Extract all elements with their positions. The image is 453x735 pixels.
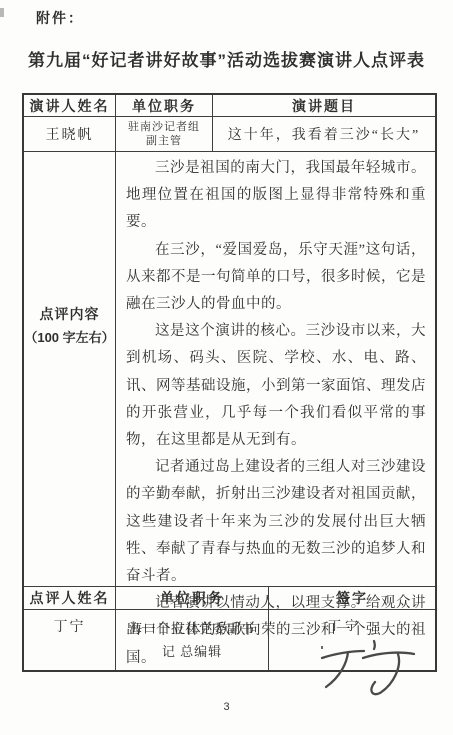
comment-paragraph: 三沙是祖国的南大门，我国最年轻城市。地理位置在祖国的版图上显得非常特殊和重要。 (126, 155, 426, 237)
page-title: 第九届“好记者讲好故事”活动选拔赛演讲人点评表 (0, 46, 453, 71)
comment-paragraph: 在三沙，“爱国爱岛，乐守天涯”这句话，从来都不是一句简单的口号，很多时候，它是融… (126, 237, 426, 319)
speaker-row: 王晓帆 驻南沙记者组 副主管 这十年，我看着三沙“长大” (24, 117, 435, 152)
reviewer-name: 丁宁 (24, 610, 116, 670)
header-reviewer-name: 点评人姓名 (24, 587, 116, 609)
header-reviewer-unit: 单位职务 (116, 587, 269, 609)
attachment-label: 附件： (36, 8, 84, 28)
table-header-row: 演讲人姓名 单位职务 演讲题目 (24, 95, 435, 117)
reviewer-unit: 海口日报社党委副书 记 总编辑 (116, 610, 269, 670)
speaker-unit: 驻南沙记者组 副主管 (116, 117, 213, 151)
reviewer-unit-line1: 海口日报社党委副书 (129, 616, 255, 639)
header-speaker-name: 演讲人姓名 (24, 95, 116, 116)
signature-printed-name: 丁宁 (328, 615, 362, 634)
speech-topic: 这十年，我看着三沙“长大” (213, 117, 435, 151)
speaker-name: 王晓帆 (24, 117, 116, 151)
comment-paragraph: 记者通过岛上建设者的三组人对三沙建设的辛勤奉献，折射出三沙建设者对祖国贡献，这些… (126, 454, 426, 590)
speaker-unit-line2: 副主管 (146, 134, 182, 148)
comment-label-line2: （100 字左右） (24, 326, 115, 350)
signature-cell: 丁宁 (269, 610, 435, 670)
scan-artifact (0, 8, 4, 17)
document-page: 附件： 第九届“好记者讲好故事”活动选拔赛演讲人点评表 演讲人姓名 单位职务 演… (0, 0, 453, 735)
header-signature: 签字 (269, 587, 435, 609)
comment-label-cell: 点评内容 （100 字左右） (24, 152, 116, 586)
reviewer-unit-line2: 记 总编辑 (162, 639, 222, 662)
speaker-unit-line1: 驻南沙记者组 (128, 120, 200, 134)
header-speech-title: 演讲题目 (213, 95, 435, 116)
reviewer-row: 丁宁 海口日报社党委副书 记 总编辑 丁宁 (24, 610, 435, 670)
comment-label-line1: 点评内容 (24, 302, 115, 326)
footer-header-row: 点评人姓名 单位职务 签字 (24, 587, 435, 610)
comment-content: 三沙是祖国的南大门，我国最年轻城市。地理位置在祖国的版图上显得非常特殊和重要。 … (116, 152, 435, 586)
comment-row: 点评内容 （100 字左右） 三沙是祖国的南大门，我国最年轻城市。地理位置在祖国… (24, 152, 435, 587)
comment-paragraph: 这是这个演讲的核心。三沙设市以来，大到机场、码头、医院、学校、水、电、路、讯、网… (126, 318, 426, 454)
header-unit-position: 单位职务 (116, 95, 213, 116)
page-number: 3 (0, 701, 453, 713)
scan-dot-artifact (321, 646, 323, 649)
comment-label: 点评内容 （100 字左右） (24, 302, 115, 350)
evaluation-table: 演讲人姓名 单位职务 演讲题目 王晓帆 驻南沙记者组 副主管 这十年，我看着三沙… (22, 93, 437, 672)
